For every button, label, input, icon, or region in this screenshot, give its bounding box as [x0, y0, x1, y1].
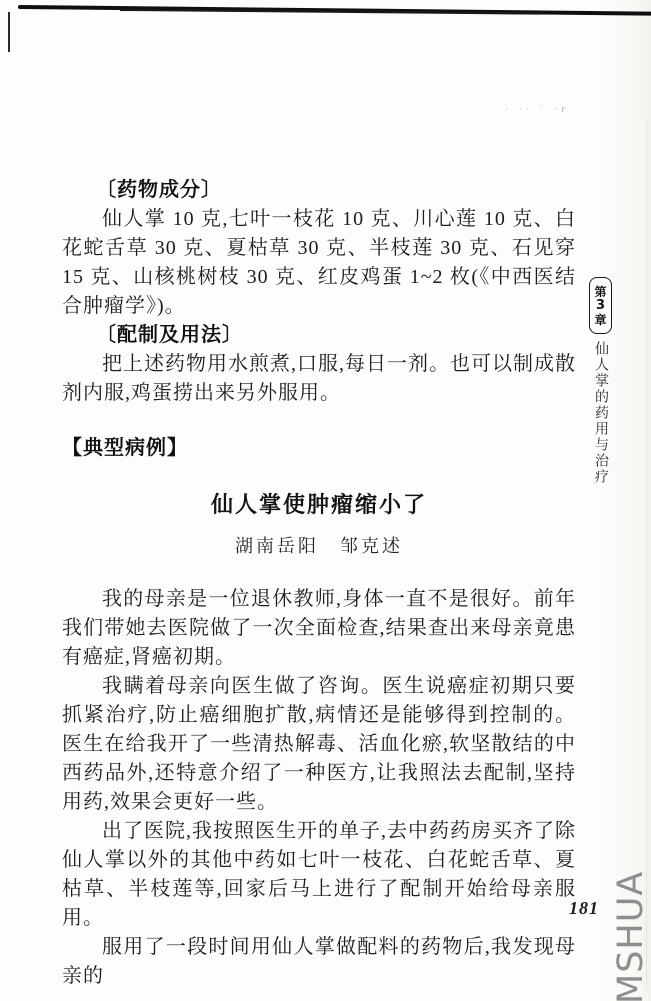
- article-paragraph: 出了医院,我按照医生开的单子,去中药药房买齐了除仙人掌以外的其他中药如七叶一枝花…: [62, 817, 576, 933]
- section-heading-usage: 〔配制及用法〕: [62, 321, 576, 350]
- main-text-column: 〔药物成分〕 仙人掌 10 克,七叶一枝花 10 克、川心莲 10 克、白花蛇舌…: [62, 176, 576, 991]
- article-title: 仙人掌使肿瘤缩小了: [62, 489, 576, 521]
- left-margin-tick-artifact: [8, 12, 10, 52]
- article-author: 湖南岳阳 邹克述: [62, 533, 576, 559]
- article-paragraph: 我的母亲是一位退休教师,身体一直不是很好。前年我们带她去医院做了一次全面检查,结…: [62, 585, 576, 672]
- chapter-badge: 第 3 章: [589, 277, 612, 334]
- section-composition-text: 仙人掌 10 克,七叶一枝花 10 克、川心莲 10 克、白花蛇舌草 30 克、…: [62, 205, 576, 321]
- print-smudge-artifact: · ·· ˙ ·r: [505, 105, 625, 115]
- chapter-badge-char: 第: [594, 285, 606, 299]
- article-paragraph: 服用了一段时间用仙人掌做配料的药物后,我发现母亲的: [62, 933, 576, 991]
- scanned-book-page: · ·· ˙ ·r 〔药物成分〕 仙人掌 10 克,七叶一枝花 10 克、川心莲…: [0, 0, 651, 1001]
- section-heading-composition: 〔药物成分〕: [62, 176, 576, 205]
- page-number: 181: [569, 898, 599, 919]
- chapter-vertical-title: 仙人掌的药用与治疗: [590, 341, 610, 501]
- site-watermark: MSHUA: [612, 880, 651, 1001]
- article-paragraph: 我瞒着母亲向医生做了咨询。医生说癌症初期只要抓紧治疗,防止癌细胞扩散,病情还是能…: [62, 672, 576, 817]
- typical-case-label: 【典型病例】: [62, 434, 576, 463]
- chapter-badge-char: 章: [594, 313, 606, 327]
- section-usage-text: 把上述药物用水煎煮,口服,每日一剂。也可以制成散剂内服,鸡蛋捞出来另外服用。: [62, 350, 576, 408]
- article-body: 我的母亲是一位退休教师,身体一直不是很好。前年我们带她去医院做了一次全面检查,结…: [62, 585, 576, 991]
- chapter-badge-number: 3: [596, 299, 605, 313]
- page-fold-shadow: [646, 120, 647, 990]
